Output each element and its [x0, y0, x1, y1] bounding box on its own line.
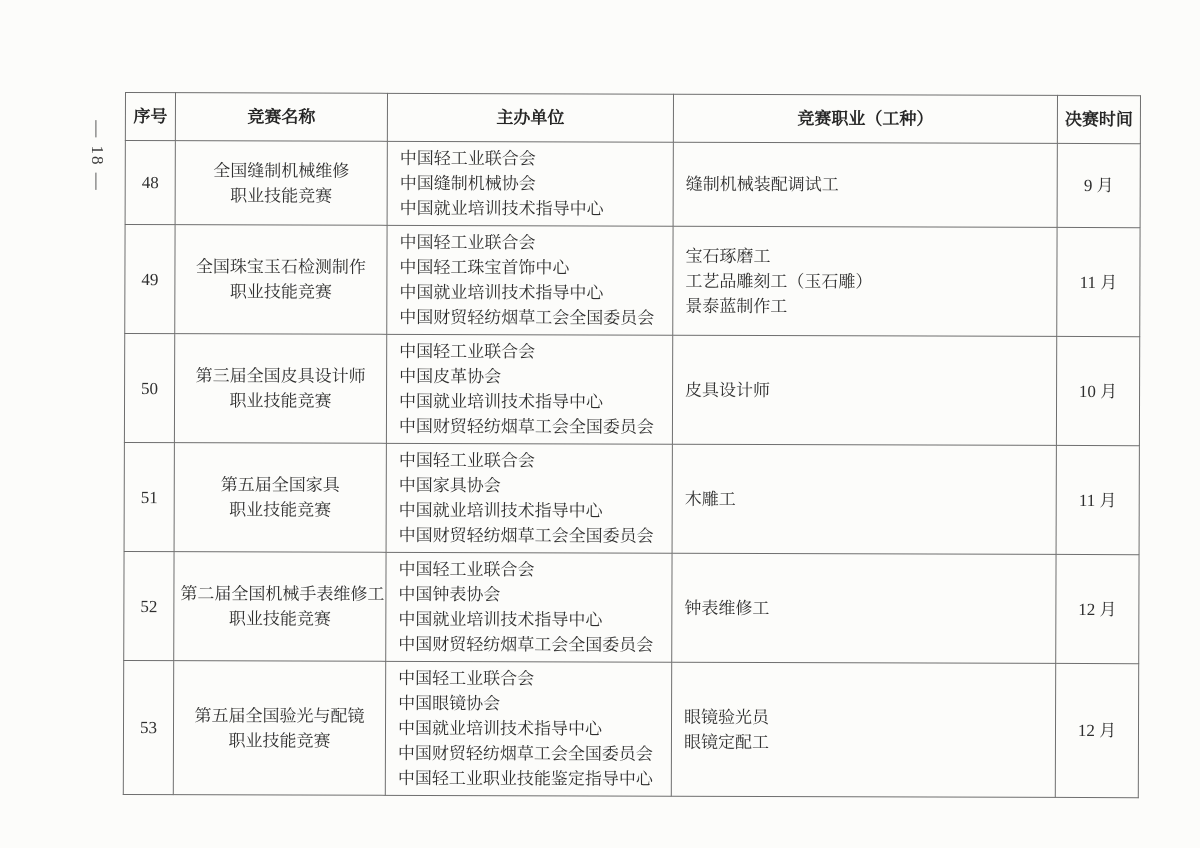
organizers-line: 中国轻工业联合会: [398, 557, 665, 583]
competition-name-line: 职业技能竞赛: [182, 183, 381, 209]
table-row: 53第五届全国验光与配镜职业技能竞赛中国轻工业联合会中国眼镜协会中国就业培训技术…: [123, 660, 1138, 797]
organizers-line: 中国缝制机械协会: [400, 171, 667, 197]
competition-name-line: 职业技能竞赛: [181, 279, 380, 305]
page-number: — 18 —: [85, 100, 107, 212]
final-time: 11 月: [1057, 227, 1140, 336]
table-header-row: 序号竞赛名称主办单位竞赛职业（工种）决赛时间: [125, 93, 1140, 144]
competition-name: 全国珠宝玉石检测制作职业技能竞赛: [175, 225, 387, 335]
table-row: 50第三届全国皮具设计师职业技能竞赛中国轻工业联合会中国皮革协会中国就业培训技术…: [124, 334, 1139, 446]
column-header-0: 序号: [125, 93, 175, 141]
organizers-line: 中国就业培训技术指导中心: [400, 196, 667, 222]
competition-name-line: 全国缝制机械维修: [182, 158, 381, 184]
organizers-line: 中国就业培训技术指导中心: [398, 716, 665, 742]
organizers-line: 中国眼镜协会: [398, 691, 665, 717]
column-header-2: 主办单位: [387, 93, 673, 142]
row-number: 49: [125, 225, 175, 334]
organizers-line: 中国财贸轻纺烟草工会全国委员会: [399, 414, 666, 440]
table-body: 48全国缝制机械维修职业技能竞赛中国轻工业联合会中国缝制机械协会中国就业培训技术…: [123, 141, 1140, 798]
occupations-line: 眼镜验光员: [684, 704, 1049, 730]
organizers: 中国轻工业联合会中国家具协会中国就业培训技术指导中心中国财贸轻纺烟草工会全国委员…: [386, 443, 672, 553]
organizers-line: 中国轻工业联合会: [398, 666, 665, 692]
competition-name: 第三届全国皮具设计师职业技能竞赛: [174, 334, 386, 444]
table-row: 51第五届全国家具职业技能竞赛中国轻工业联合会中国家具协会中国就业培训技术指导中…: [124, 442, 1139, 554]
column-header-1: 竞赛名称: [175, 93, 387, 142]
final-time: 10 月: [1056, 336, 1139, 445]
organizers: 中国轻工业联合会中国皮革协会中国就业培训技术指导中心中国财贸轻纺烟草工会全国委员…: [386, 334, 672, 444]
table-row: 48全国缝制机械维修职业技能竞赛中国轻工业联合会中国缝制机械协会中国就业培训技术…: [125, 141, 1140, 228]
row-number: 51: [124, 442, 174, 551]
competition-name-line: 职业技能竞赛: [181, 497, 380, 523]
competition-name-line: 职业技能竞赛: [180, 606, 379, 632]
competition-name: 第五届全国家具职业技能竞赛: [174, 443, 386, 553]
final-time: 12 月: [1056, 554, 1139, 663]
organizers: 中国轻工业联合会中国眼镜协会中国就业培训技术指导中心中国财贸轻纺烟草工会全国委员…: [385, 661, 671, 796]
competition-name-line: 第五届全国家具: [181, 472, 380, 498]
organizers-line: 中国轻工业联合会: [399, 339, 666, 365]
final-time: 12 月: [1055, 663, 1138, 797]
organizers-line: 中国轻工业职业技能鉴定指导中心: [398, 766, 665, 792]
competition-name-line: 第五届全国验光与配镜: [180, 703, 379, 729]
occupations-line: 眼镜定配工: [684, 729, 1049, 755]
occupations: 宝石琢磨工工艺品雕刻工（玉石雕）景泰蓝制作工: [673, 226, 1057, 336]
row-number: 53: [123, 660, 173, 794]
competition-name-line: 职业技能竞赛: [180, 728, 379, 754]
column-header-4: 决赛时间: [1057, 95, 1140, 143]
organizers: 中国轻工业联合会中国轻工珠宝首饰中心中国就业培训技术指导中心中国财贸轻纺烟草工会…: [387, 225, 673, 335]
final-time: 11 月: [1056, 445, 1139, 554]
occupations: 缝制机械装配调试工: [673, 142, 1057, 227]
competition-name: 第五届全国验光与配镜职业技能竞赛: [173, 661, 385, 796]
final-time: 9 月: [1057, 143, 1140, 227]
occupations-line: 钟表维修工: [684, 595, 1049, 621]
occupations-line: 宝石琢磨工: [685, 243, 1050, 269]
table-row: 49全国珠宝玉石检测制作职业技能竞赛中国轻工业联合会中国轻工珠宝首饰中心中国就业…: [125, 225, 1140, 337]
occupations: 皮具设计师: [672, 335, 1056, 445]
competition-table: 序号竞赛名称主办单位竞赛职业（工种）决赛时间 48全国缝制机械维修职业技能竞赛中…: [123, 92, 1141, 798]
competition-name-line: 第二届全国机械手表维修工: [180, 581, 379, 607]
organizers-line: 中国财贸轻纺烟草工会全国委员会: [399, 523, 666, 549]
occupations-line: 缝制机械装配调试工: [686, 172, 1051, 198]
competition-name-line: 职业技能竞赛: [181, 388, 380, 414]
competition-name: 全国缝制机械维修职业技能竞赛: [175, 141, 387, 226]
organizers-line: 中国轻工业联合会: [399, 448, 666, 474]
competition-name: 第二届全国机械手表维修工职业技能竞赛: [174, 552, 386, 662]
column-header-3: 竞赛职业（工种）: [673, 94, 1057, 143]
occupations-line: 景泰蓝制作工: [685, 293, 1050, 319]
organizers-line: 中国轻工业联合会: [399, 230, 666, 256]
occupations-line: 工艺品雕刻工（玉石雕）: [685, 268, 1050, 294]
organizers-line: 中国轻工珠宝首饰中心: [399, 255, 666, 281]
organizers-line: 中国就业培训技术指导中心: [399, 389, 666, 415]
competition-name-line: 全国珠宝玉石检测制作: [181, 254, 380, 280]
organizers-line: 中国财贸轻纺烟草工会全国委员会: [399, 305, 666, 331]
organizers-line: 中国皮革协会: [399, 364, 666, 390]
organizers-line: 中国就业培训技术指导中心: [399, 498, 666, 524]
row-number: 48: [125, 141, 175, 225]
organizers-line: 中国财贸轻纺烟草工会全国委员会: [398, 632, 665, 658]
organizers: 中国轻工业联合会中国钟表协会中国就业培训技术指导中心中国财贸轻纺烟草工会全国委员…: [386, 552, 672, 662]
table-row: 52第二届全国机械手表维修工职业技能竞赛中国轻工业联合会中国钟表协会中国就业培训…: [124, 551, 1139, 663]
organizers-line: 中国财贸轻纺烟草工会全国委员会: [398, 741, 665, 767]
organizers-line: 中国家具协会: [399, 473, 666, 499]
row-number: 50: [124, 334, 174, 443]
occupations-line: 皮具设计师: [685, 377, 1050, 403]
organizers: 中国轻工业联合会中国缝制机械协会中国就业培训技术指导中心: [387, 141, 673, 226]
row-number: 52: [124, 551, 174, 660]
organizers-line: 中国就业培训技术指导中心: [399, 280, 666, 306]
organizers-line: 中国轻工业联合会: [400, 146, 667, 172]
organizers-line: 中国就业培训技术指导中心: [398, 607, 665, 633]
occupations: 钟表维修工: [672, 553, 1056, 663]
occupations: 木雕工: [672, 444, 1056, 554]
occupations: 眼镜验光员眼镜定配工: [671, 662, 1055, 797]
competition-name-line: 第三届全国皮具设计师: [181, 363, 380, 389]
organizers-line: 中国钟表协会: [398, 582, 665, 608]
occupations-line: 木雕工: [685, 486, 1050, 512]
